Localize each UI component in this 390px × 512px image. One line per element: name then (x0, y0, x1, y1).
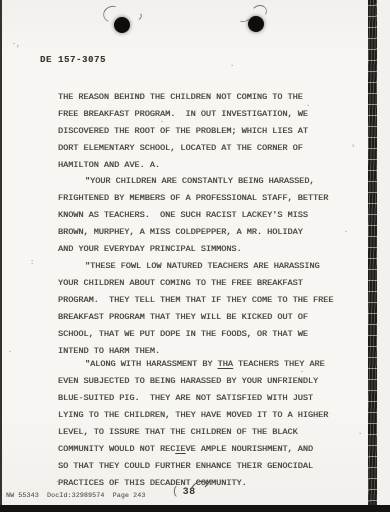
noise-speck: -, (12, 42, 20, 48)
text-line: BREAKFAST PROGRAM THAT THEY WILL BE KICK… (58, 309, 358, 326)
text-line: COMMUNITY WOULD NOT RECIEVE AMPLE NOURIS… (58, 441, 358, 458)
text-line: SO THAT THEY COULD FURTHER ENHANCE THEIR… (58, 458, 358, 475)
text-line: "ALONG WITH HARASSMENT BY THA TEACHERS T… (58, 356, 358, 373)
noise-speck: : (30, 260, 34, 266)
text-segment: VE AMPLE NOURISHMENT, AND (186, 444, 314, 454)
scan-bottom-bar (0, 505, 390, 512)
text-line: DISCOVERED THE ROOT OF THE PROBLEM; WHIC… (58, 123, 358, 140)
underlined-sic-word: THA (218, 359, 233, 369)
noise-speck: . (358, 430, 362, 436)
noise-speck: . (8, 348, 12, 354)
pen-flourish-mark (190, 479, 212, 491)
page-number-stamp: (38 (172, 486, 196, 498)
paragraph-3: "THESE FOWL LOW NATURED TEACHERS ARE HAR… (58, 258, 358, 360)
text-line: BROWN, MURPHEY, A MISS COLDPEPPER, A MR.… (58, 224, 358, 241)
text-line: BLUE-SUITED PIG. THEY ARE NOT SATISFIED … (58, 390, 358, 407)
text-line: HAMILTON AND AVE. A. (58, 157, 358, 174)
noise-speck: . (230, 62, 234, 68)
text-line: "THESE FOWL LOW NATURED TEACHERS ARE HAR… (58, 258, 358, 275)
text-line: LYING TO THE CHILDREN, THEY HAVE MOVED I… (58, 407, 358, 424)
paragraph-4: "ALONG WITH HARASSMENT BY THA TEACHERS T… (58, 356, 358, 492)
fbi-file-number: DE 157-3075 (40, 55, 106, 65)
paragraph-2: "YOUR CHILDREN ARE CONSTANTLY BEING HARA… (58, 173, 358, 258)
scan-right-margin (377, 0, 390, 512)
text-line: AND YOUR EVERYDAY PRINCIPAL SIMMONS. (58, 241, 358, 258)
text-line: KNOWN AS TEACHERS. ONE SUCH RACIST LACKE… (58, 207, 358, 224)
text-segment: "ALONG WITH HARASSMENT BY (85, 359, 218, 369)
text-segment: COMMUNITY WOULD NOT REC (58, 444, 175, 454)
scanned-document-page: -, . . ' : . . . . . . DE 157-3075 THE R… (0, 0, 390, 512)
text-line: THE REASON BEHIND THE CHILDREN NOT COMIN… (58, 89, 358, 106)
text-line: YOUR CHILDREN ABOUT COMING TO THE FREE B… (58, 275, 358, 292)
text-line: DORT ELEMENTARY SCHOOL, LOCATED AT THE C… (58, 140, 358, 157)
text-line: "YOUR CHILDREN ARE CONSTANTLY BEING HARA… (58, 173, 358, 190)
stamp-paren: ( (172, 486, 179, 498)
scan-left-edge-line (0, 0, 2, 512)
paragraph-1: THE REASON BEHIND THE CHILDREN NOT COMIN… (58, 89, 358, 174)
text-line: FREE BREAKFAST PROGRAM. IN OUT INVESTIGA… (58, 106, 358, 123)
underlined-sic-letters: IE (175, 444, 185, 454)
microfilm-edge-strip (368, 0, 377, 512)
text-line: LEVEL, TO ISSURE THAT THE CHILDREN OF TH… (58, 424, 358, 441)
text-segment: TEACHERS THEY ARE (233, 359, 325, 369)
punch-hole-icon (248, 16, 264, 32)
text-line: SCHOOL, THAT WE PUT DOPE IN THE FOODS, O… (58, 326, 358, 343)
pen-scribble-mark (127, 8, 143, 22)
nara-footer-stamp: NW 55343 DocId:32989574 Page 243 (6, 492, 145, 499)
text-line: PROGRAM. THEY TELL THEM THAT IF THEY COM… (58, 292, 358, 309)
text-line: EVEN SUBJECTED TO BEING HARASSED BY YOUR… (58, 373, 358, 390)
text-line: FRIGHTENED BY MEMBERS OF A PROFESSIONAL … (58, 190, 358, 207)
